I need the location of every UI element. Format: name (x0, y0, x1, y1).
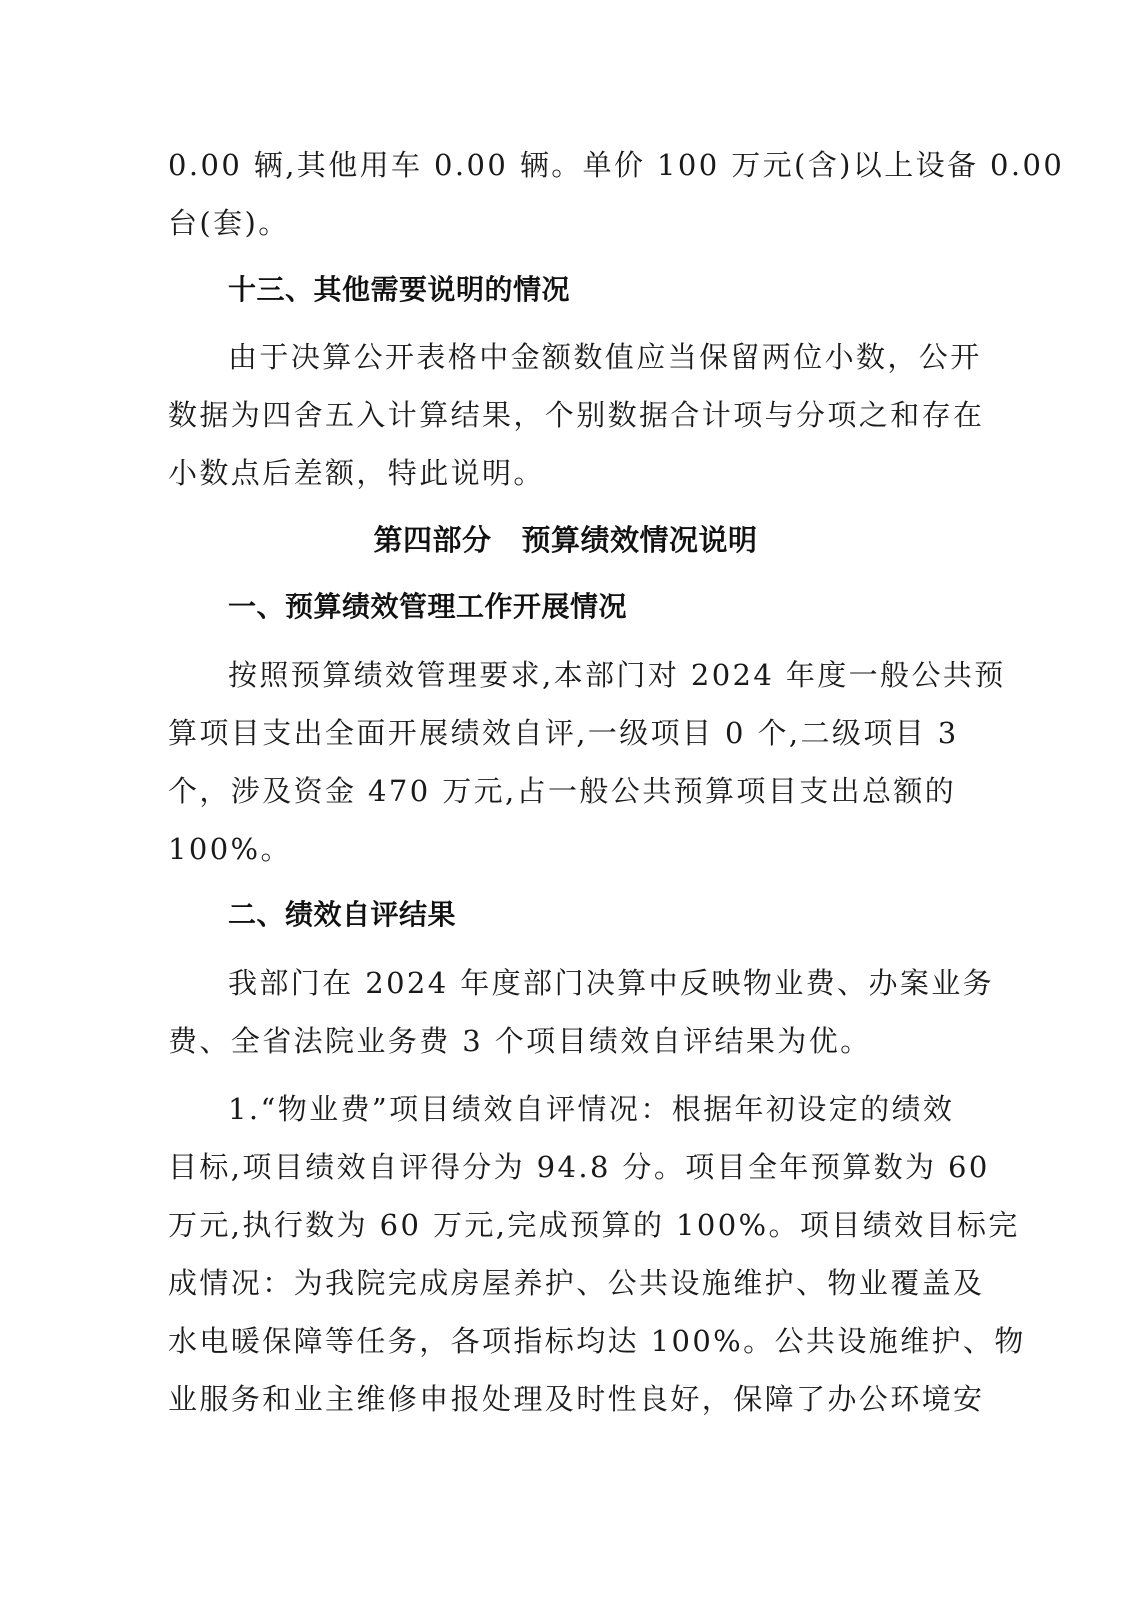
document-page: 0.00 辆,其他用车 0.00 辆。单价 100 万元(含)以上设备 0.00… (0, 0, 1131, 1600)
section-heading-13: 十三、其他需要说明的情况 (228, 270, 1008, 310)
part-title-text: 预算绩效情况说明 (522, 523, 758, 557)
body-text-line: 按照预算绩效管理要求,本部门对 2024 年度一般公共预 (228, 655, 1008, 695)
part-title: 第四部分预算绩效情况说明 (0, 520, 1131, 560)
body-text-line: 个，涉及资金 470 万元,占一般公共预算项目支出总额的 (168, 771, 948, 811)
body-text-line: 万元,执行数为 60 万元,完成预算的 100%。项目绩效目标完 (168, 1205, 948, 1245)
body-text-line: 1.“物业费”项目绩效自评情况：根据年初设定的绩效 (228, 1089, 1008, 1129)
section-heading-1: 一、预算绩效管理工作开展情况 (228, 587, 1008, 627)
body-text-line: 100%。 (168, 829, 948, 869)
body-text-line: 费、全省法院业务费 3 个项目绩效自评结果为优。 (168, 1021, 948, 1061)
body-text-line: 台(套)。 (168, 203, 948, 243)
body-text-line: 小数点后差额，特此说明。 (168, 453, 948, 493)
body-text-line: 成情况：为我院完成房屋养护、公共设施维护、物业覆盖及 (168, 1263, 948, 1303)
body-text-line: 0.00 辆,其他用车 0.00 辆。单价 100 万元(含)以上设备 0.00 (168, 145, 948, 185)
body-text-line: 目标,项目绩效自评得分为 94.8 分。项目全年预算数为 60 (168, 1147, 948, 1187)
body-text-line: 水电暖保障等任务，各项指标均达 100%。公共设施维护、物 (168, 1321, 948, 1361)
body-text-line: 业服务和业主维修申报处理及时性良好，保障了办公环境安 (168, 1379, 948, 1419)
body-text-line: 由于决算公开表格中金额数值应当保留两位小数，公开 (228, 337, 1008, 377)
body-text-line: 算项目支出全面开展绩效自评,一级项目 0 个,二级项目 3 (168, 713, 948, 753)
part-title-number: 第四部分 (373, 523, 491, 557)
section-heading-2: 二、绩效自评结果 (228, 895, 1008, 935)
body-text-line: 我部门在 2024 年度部门决算中反映物业费、办案业务 (228, 963, 1008, 1003)
body-text-line: 数据为四舍五入计算结果，个别数据合计项与分项之和存在 (168, 395, 948, 435)
